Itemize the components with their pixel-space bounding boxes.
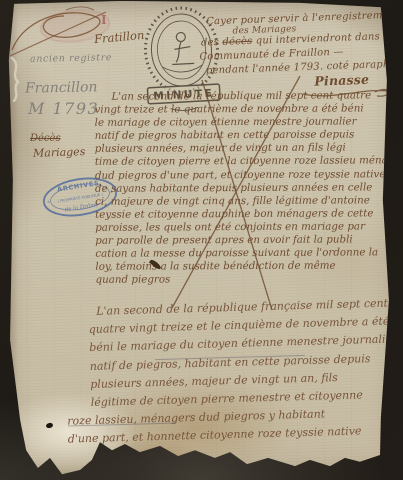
archives-stamp-line1: ARCHIVES [57,180,100,194]
cancellation-cross [150,72,320,312]
margin-mariages-note: Mariages [33,145,86,160]
struck-word: décès [222,36,252,48]
pencil-note: ancien registre [30,52,112,64]
scan-background: I Fratillon MINUTE [0,0,403,480]
register-title-block: Cayer pour servir à l'enregistrement des… [206,10,401,17]
title-word: des [201,37,219,49]
pencil-commune-name: Francillon [25,79,98,96]
allegorical-figure-icon [161,31,203,73]
margin-struck-word: Décès [30,133,61,144]
marriage-act-paragraph-2: L'an second de la république française m… [62,294,400,449]
title-line: des décès qui interviendront dans la [201,31,393,49]
title-line: Cayer pour servir à l'enregistrement [206,10,400,28]
paper-hole [45,422,53,429]
ink-name-annotation: Fratillon [93,28,144,46]
binding-thread [2,56,28,102]
pencil-call-number: M 1793 [28,99,99,118]
manuscript-page: I Fratillon MINUTE [0,0,403,480]
